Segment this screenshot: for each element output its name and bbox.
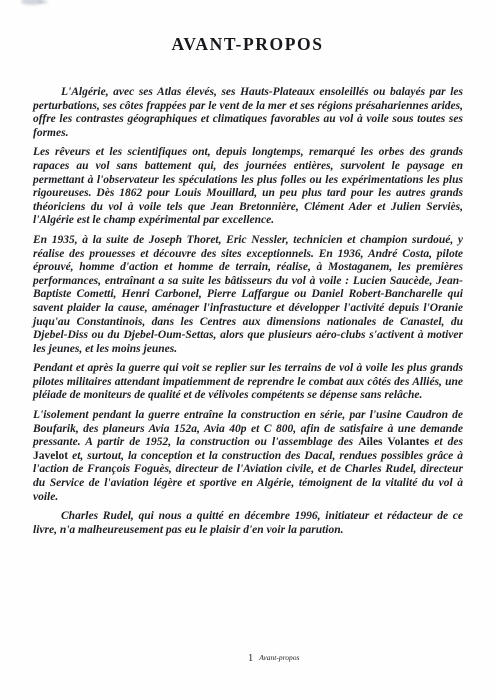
aircraft-name-ailes-volantes: Ailes Volantes: [358, 436, 429, 448]
scan-smudge-artifact-small: [38, 0, 48, 4]
paragraph-1935-pioneers: En 1935, à la suite de Joseph Thoret, Er…: [33, 234, 463, 356]
paragraph-charles-rudel-tribute: Charles Rudel, qui nous a quitté en déce…: [33, 510, 463, 537]
paragraph-5-text-2: et des: [429, 436, 463, 448]
footer-section-label: Avant-propos: [259, 653, 299, 662]
foreword-body: L'Algérie, avec ses Atlas élevés, ses Ha…: [33, 86, 463, 543]
paragraph-glider-construction: L'isolement pendant la guerre entraîne l…: [33, 409, 463, 504]
paragraph-wartime-pilots: Pendant et après la guerre qui voit se r…: [33, 362, 463, 403]
page-footer: 1Avant-propos: [248, 648, 299, 666]
paragraph-algeria-geography: L'Algérie, avec ses Atlas élevés, ses Ha…: [33, 86, 463, 140]
page-title: AVANT-PROPOS: [0, 34, 495, 55]
paragraph-early-theorists: Les rêveurs et les scientifiques ont, de…: [33, 146, 463, 228]
book-page: AVANT-PROPOS L'Algérie, avec ses Atlas é…: [0, 0, 495, 700]
paragraph-5-text-3: et, surtout, la conception et la constru…: [33, 450, 463, 503]
page-number: 1: [248, 653, 253, 664]
aircraft-name-javelot: Javelot: [33, 450, 68, 462]
